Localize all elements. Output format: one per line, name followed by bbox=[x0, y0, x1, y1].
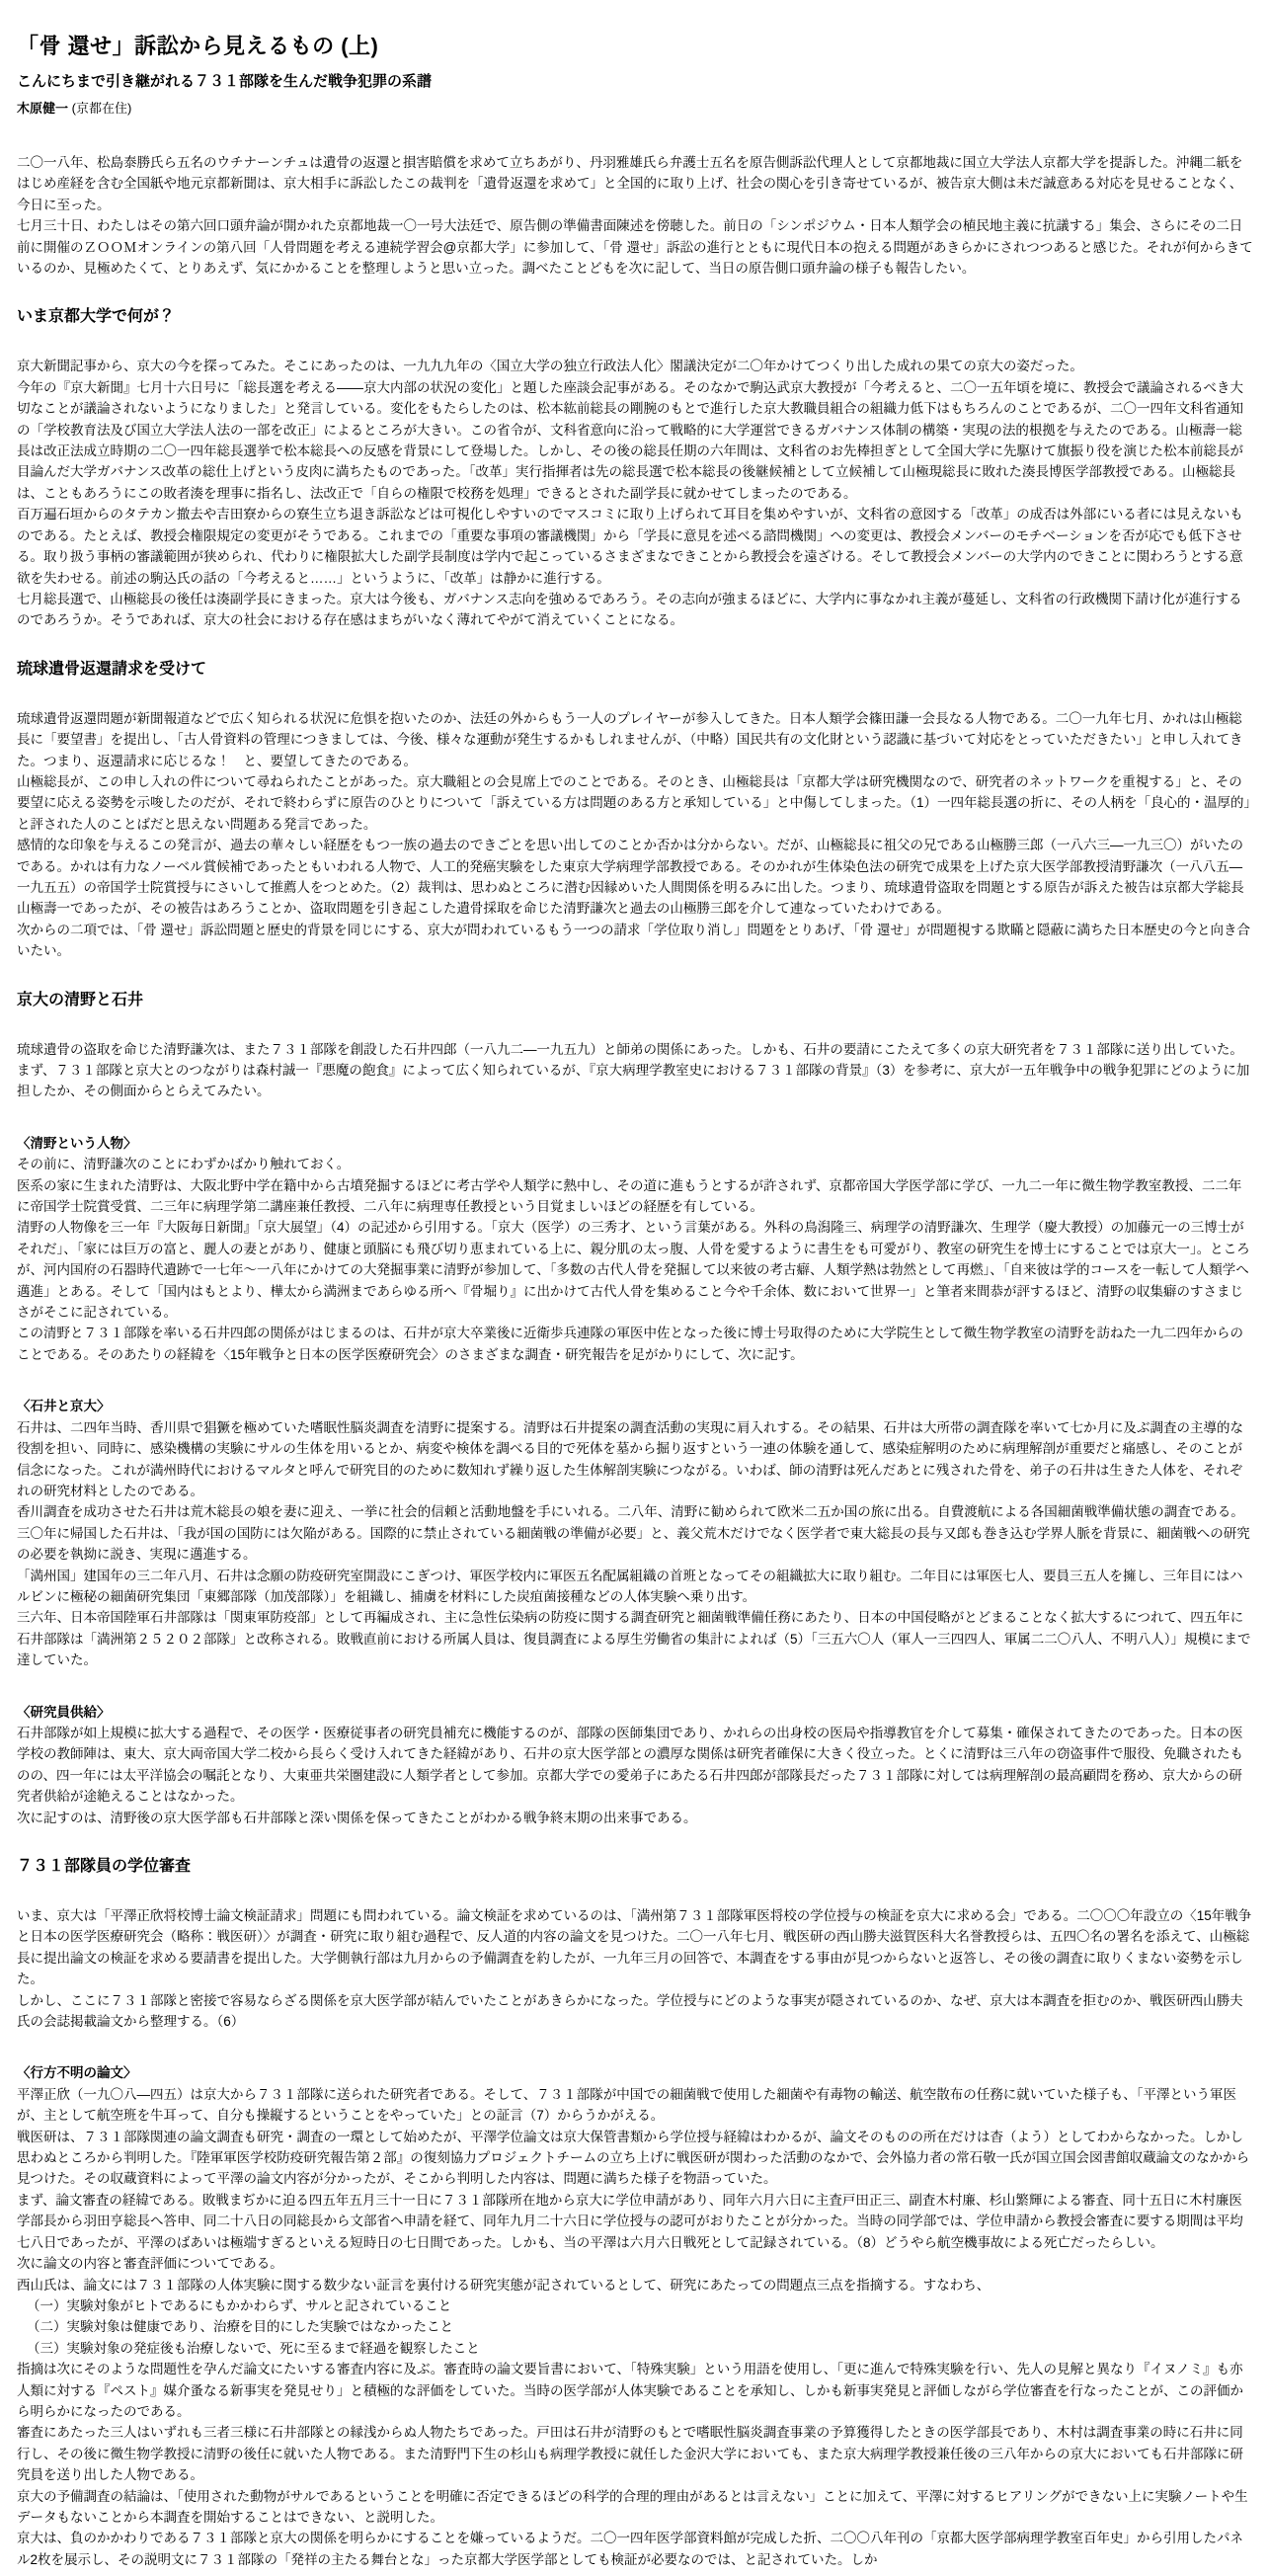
paragraph: しかし、ここに７３１部隊と密接で容易ならざる関係を京大医学部が結んでいたことがあ… bbox=[17, 1990, 1254, 2033]
author-location: (京都在住) bbox=[68, 101, 131, 116]
paragraph: 石井部隊が如上規模に拡大する過程で、その医学・医療従事者の研究員補充に機能するの… bbox=[17, 1723, 1254, 1808]
paragraph: 京大の予備調査の結論は、「使用された動物がサルであるということを明確に否定できる… bbox=[17, 2486, 1254, 2529]
paragraph: 石井は、二四年当時、香川県で猖獗を極めていた嗜眠性脳炎調査を清野に提案する。清野… bbox=[17, 1417, 1254, 1502]
paragraph: 次に論文の内容と審査評価についてである。 bbox=[17, 2253, 1254, 2274]
sub-heading: 〈清野という人物〉 bbox=[17, 1133, 1254, 1154]
section-heading: いま京都大学で何が？ bbox=[17, 307, 1254, 327]
list-item: （二）実験対象は健康であり、治療を目的にした実験ではなかったこと bbox=[17, 2316, 1254, 2337]
section-heading: 琉球遺骨返還請求を受けて bbox=[17, 660, 1254, 680]
paragraph: 戦医研は、７３１部隊関連の論文調査も研究・調査の一環として始めたが、平澤学位論文… bbox=[17, 2127, 1254, 2190]
paragraph: 審査にあたった三人はいずれも三者三様に石井部隊との縁浅からぬ人物たちであった。戸… bbox=[17, 2422, 1254, 2485]
page-subtitle: こんにちまで引き継がれる７３１部隊を生んだ戦争犯罪の系譜 bbox=[17, 70, 1254, 91]
paragraph: まず、論文審査の経緯である。敗戦まぢかに迫る四五年五月三十一日に７３１部隊所在地… bbox=[17, 2190, 1254, 2253]
sub-heading: 〈研究員供給〉 bbox=[17, 1702, 1254, 1723]
section-heading: ７３１部隊員の学位審査 bbox=[17, 1857, 1254, 1877]
paragraph: 清野の人物像を三一年『大阪毎日新聞』「京大展望」（4）の記述から引用する。「京大… bbox=[17, 1217, 1254, 1323]
list-item: （一）実験対象がヒトであるにもかかわらず、サルと記されていること bbox=[17, 2295, 1254, 2316]
paragraph: 次からの二項では、「骨 還せ」訴訟問題と歴史的背景を同じにする、京大が問われてい… bbox=[17, 920, 1254, 962]
paragraph: 今年の『京大新聞』七月十六日号に「総長選を考える——京大内部の状況の変化」と題し… bbox=[17, 377, 1254, 504]
paragraph: 三六年、日本帝国陸軍石井部隊は「関東軍防疫部」として再編成され、主に急性伝染病の… bbox=[17, 1607, 1254, 1670]
article-body: 二〇一八年、松島泰勝氏ら五名のウチナーンチュは遺骨の返還と損害賠償を求めて立ちあ… bbox=[17, 152, 1254, 2570]
paragraph: 琉球遺骨返還問題が新聞報道などで広く知られる状況に危惧を抱いたのか、法廷の外から… bbox=[17, 708, 1254, 771]
paragraph: 百万遍石垣からのタテカン撤去や吉田寮からの寮生立ち退き訴訟などは可視化しやすいの… bbox=[17, 504, 1254, 589]
page-title: 「骨 還せ」訴訟から見えるもの (上) bbox=[17, 30, 1254, 60]
paragraph: 七月三十日、わたしはその第六回口頭弁論が開かれた京都地裁一〇一号大法廷で、原告側… bbox=[17, 215, 1254, 279]
paragraph: 医系の家に生まれた清野は、大阪北野中学在籍中から古墳発掘するほどに考古学や人類学… bbox=[17, 1175, 1254, 1218]
paragraph: 西山氏は、論文には７３１部隊の人体実験に関する数少ない証言を裏付ける研究実態が記… bbox=[17, 2275, 1254, 2295]
paragraph: 次に記すのは、清野後の京大医学部も石井部隊と深い関係を保ってきたことがわかる戦争… bbox=[17, 1808, 1254, 1828]
paragraph: 七月総長選で、山極総長の後任は湊副学長にきまった。京大は今後も、ガバナンス志向を… bbox=[17, 589, 1254, 631]
paragraph: まず、７３１部隊と京大とのつながりは森村誠一『悪魔の飽食』によって広く知られてい… bbox=[17, 1060, 1254, 1102]
paragraph: 「満州国」建国年の三二年八月、石井は念願の防疫研究室開設にこぎつけ、軍医学校内に… bbox=[17, 1566, 1254, 1608]
paragraph: 琉球遺骨の盗取を命じた清野謙次は、また７３１部隊を創設した石井四郎（一八九二—一… bbox=[17, 1039, 1254, 1060]
paragraph: この清野と７３１部隊を率いる石井四郎の関係がはじまるのは、石井が京大卒業後に近衛… bbox=[17, 1323, 1254, 1365]
byline: 木原健一 (京都在住) bbox=[17, 98, 1254, 117]
list-item: （三）実験対象の発症後も治療しないで、死に至るまで経過を観察したこと bbox=[17, 2338, 1254, 2359]
sub-heading: 〈石井と京大〉 bbox=[17, 1396, 1254, 1416]
paragraph: 香川調査を成功させた石井は荒木総長の娘を妻に迎え、一挙に社会的信頼と活動地盤を手… bbox=[17, 1501, 1254, 1565]
paragraph: いま、京大は「平澤正欣将校博士論文検証請求」問題にも問われている。論文検証を求め… bbox=[17, 1905, 1254, 1990]
document-page: 「骨 還せ」訴訟から見えるもの (上) こんにちまで引き継がれる７３１部隊を生ん… bbox=[0, 0, 1268, 2576]
section-heading: 京大の清野と石井 bbox=[17, 991, 1254, 1010]
paragraph: 感情的な印象を与えるこの発言が、過去の華々しい経歴をもつ一族の過去のできごとを思… bbox=[17, 835, 1254, 920]
paragraph: 指摘は次にそのような問題性を孕んだ論文にたいする審査内容に及ぶ。審査時の論文要旨… bbox=[17, 2359, 1254, 2422]
paragraph: その前に、清野謙次のことにわずかばかり触れておく。 bbox=[17, 1154, 1254, 1174]
paragraph: 山極総長が、この申し入れの件について尋ねられたことがあった。京大職組との会見席上… bbox=[17, 771, 1254, 835]
paragraph: 京大は、負のかかわりである７３１部隊と京大の関係を明らかにすることを嫌っているよ… bbox=[17, 2528, 1254, 2570]
paragraph: 二〇一八年、松島泰勝氏ら五名のウチナーンチュは遺骨の返還と損害賠償を求めて立ちあ… bbox=[17, 152, 1254, 215]
paragraph: 京大新聞記事から、京大の今を探ってみた。そこにあったのは、一九九九年の〈国立大学… bbox=[17, 356, 1254, 376]
sub-heading: 〈行方不明の論文〉 bbox=[17, 2062, 1254, 2083]
paragraph: 平澤正欣（一九〇八—四五）は京大から７３１部隊に送られた研究者である。そして、７… bbox=[17, 2084, 1254, 2127]
author-name: 木原健一 bbox=[17, 101, 68, 116]
